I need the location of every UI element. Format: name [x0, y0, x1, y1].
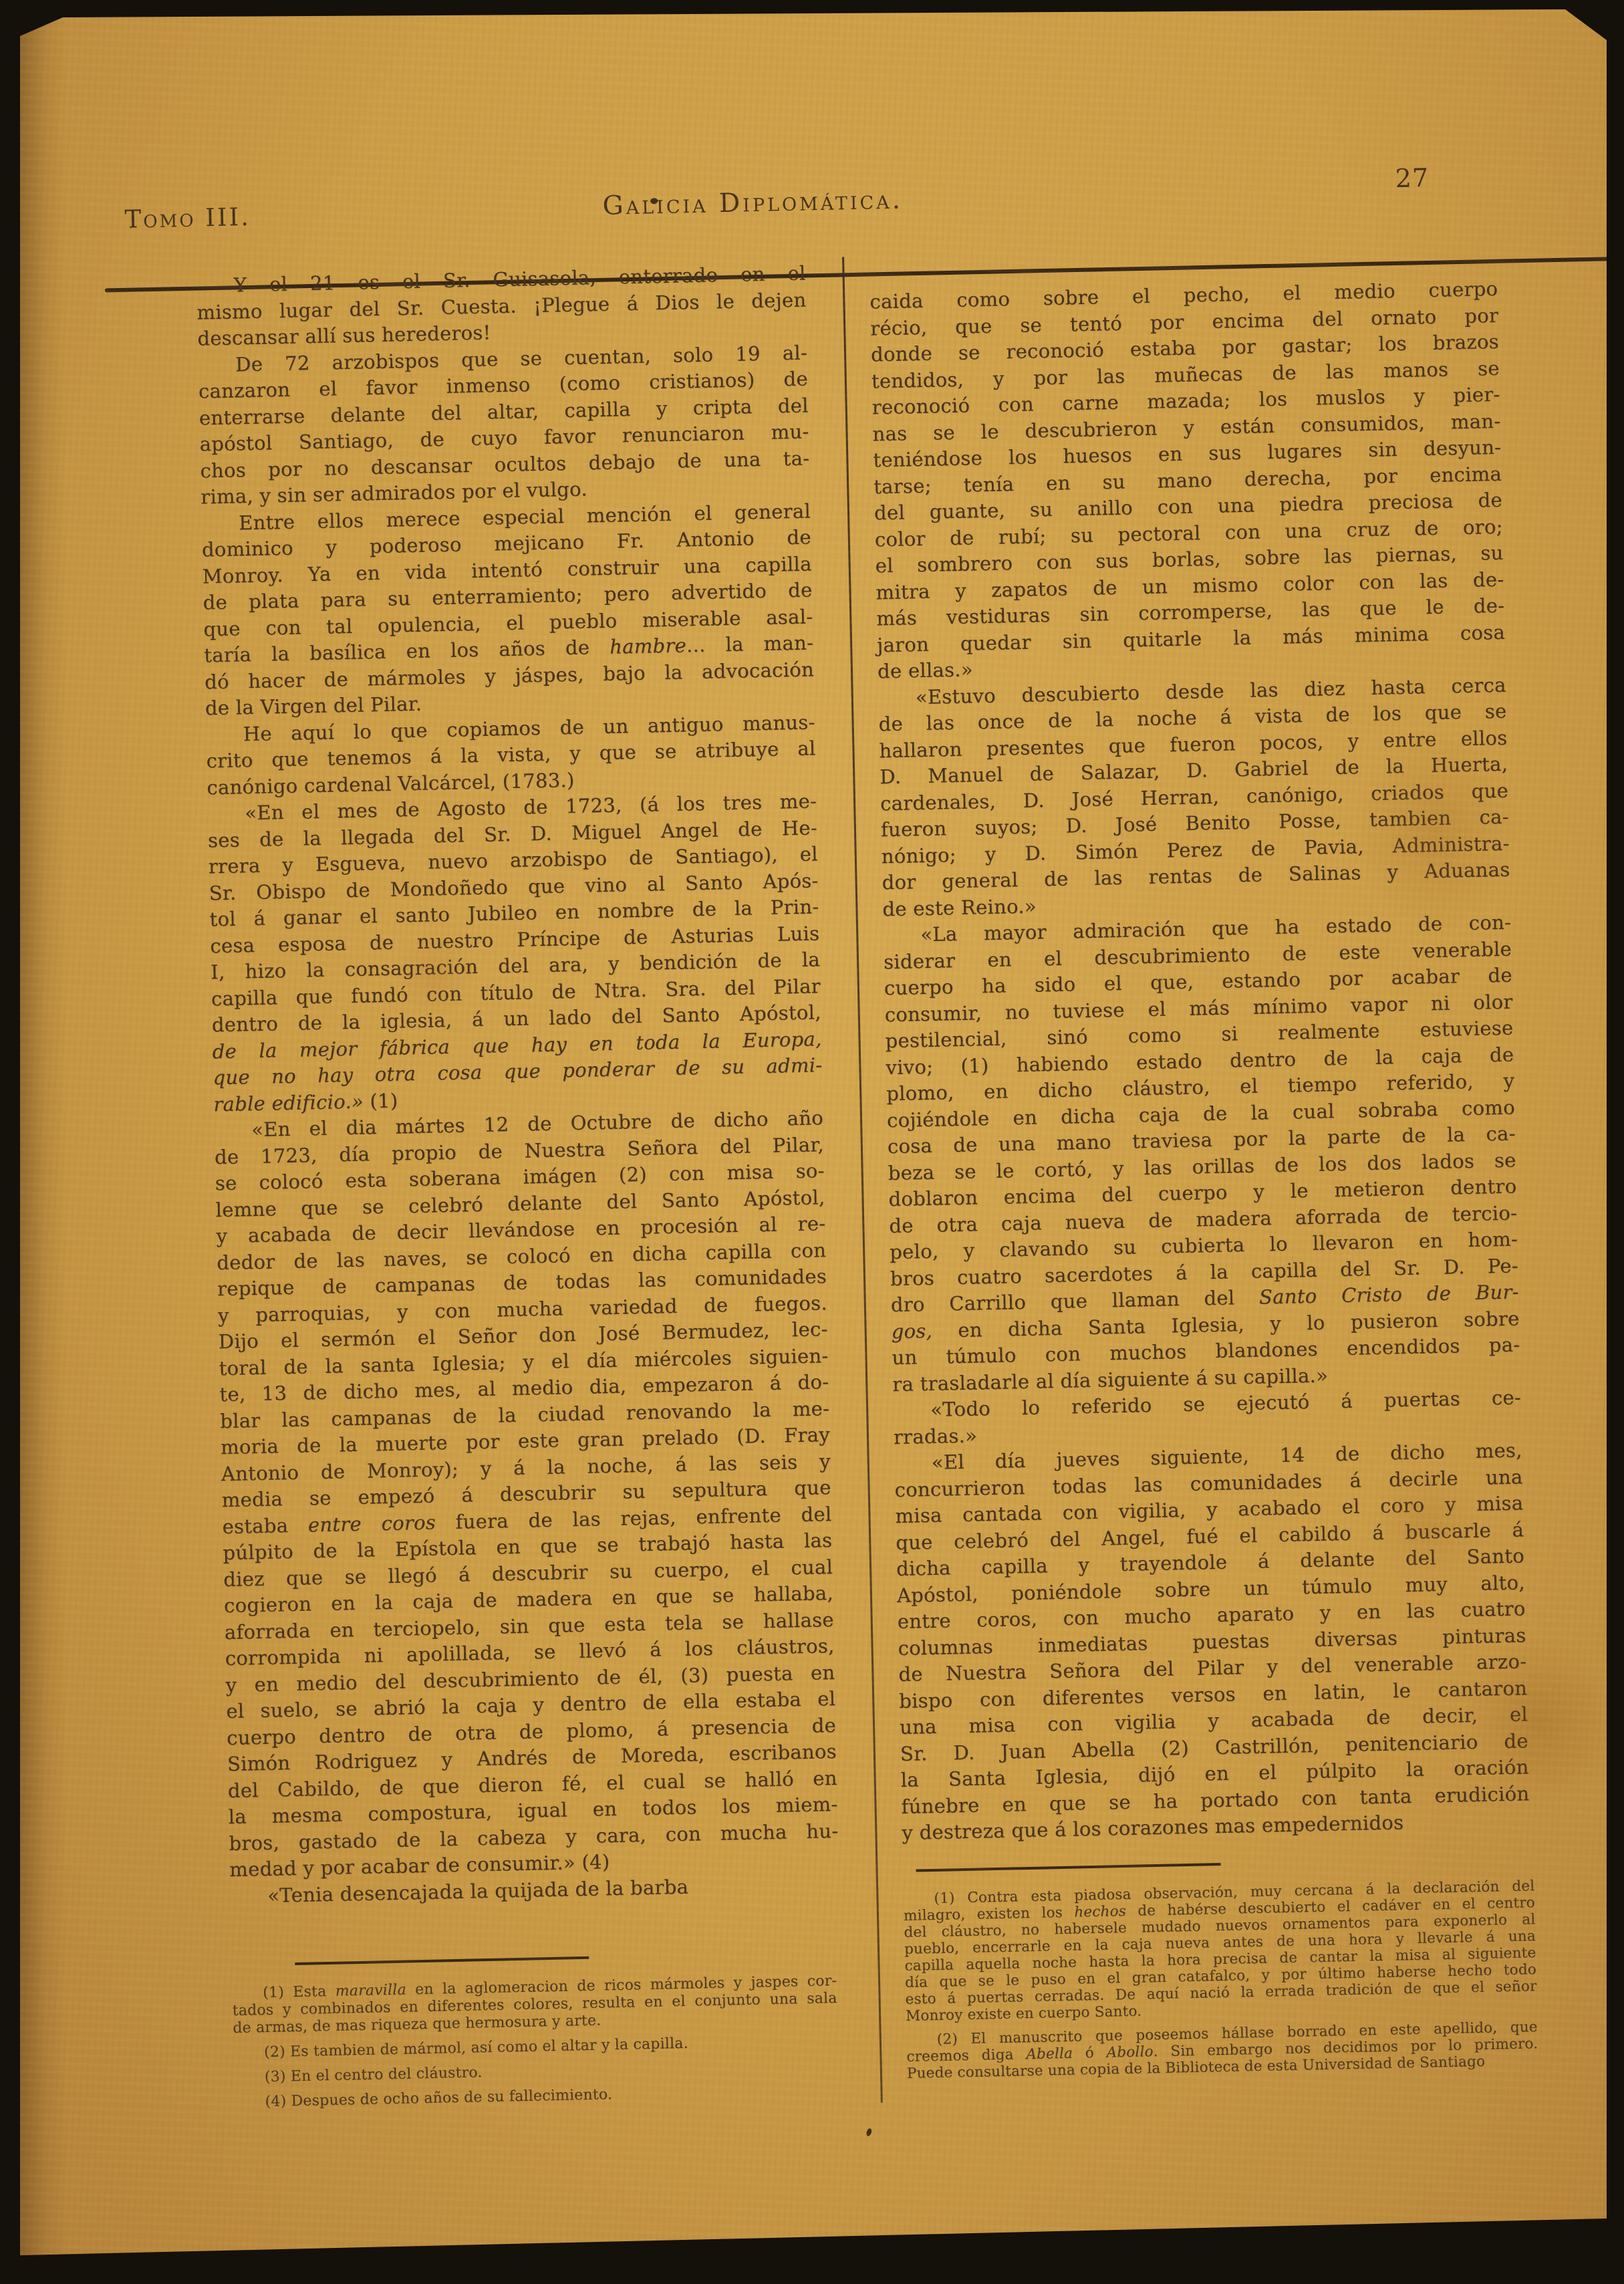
left-footnote-rule [295, 1956, 589, 1965]
paragraph: He aquí lo que copiamos de un antiguo ma… [205, 709, 816, 801]
paragraph: (2) Es tambien de mármol, así como el al… [233, 2032, 838, 2062]
page-number: 27 [1395, 163, 1429, 193]
paragraph: «La mayor admiración que ha estado de co… [883, 910, 1521, 1398]
paragraph: De 72 arzobispos que se cuentan, solo 19… [198, 340, 811, 511]
ink-speck [865, 2128, 872, 2137]
paragraph: (4) Despues de ocho años de su fallecimi… [234, 2081, 839, 2112]
paragraph: «Estuvo descubierto desde las diez hasta… [877, 672, 1510, 922]
scanned-page: Tomo III. Galicia Diplomática. 27 Y el 2… [20, 9, 1607, 2255]
right-footnote-rule [916, 1863, 1221, 1872]
left-text-column: Y el 21 es el Sr. Guisasola, enterrado e… [196, 260, 839, 1910]
paragraph: (1) Contra esta piadosa observación, muy… [903, 1878, 1537, 2025]
paragraph: Entre ellos merece especial mención el g… [201, 498, 815, 722]
paragraph: (3) En el centro del cláustro. [234, 2057, 839, 2087]
paragraph: caida como sobre el pecho, el medio cuer… [869, 276, 1506, 685]
right-text-column: caida como sobre el pecho, el medio cuer… [869, 276, 1530, 1847]
text-line: (2) Es tambien de mármol, así como el al… [233, 2032, 838, 2062]
text-line: (4) Despues de ocho años de su fallecimi… [234, 2081, 839, 2112]
page-content: Tomo III. Galicia Diplomática. 27 Y el 2… [20, 0, 1624, 2255]
paragraph: «El día jueves siguiente, 14 de dicho me… [894, 1437, 1530, 1846]
page-title: Galicia Diplomática. [452, 182, 1054, 225]
left-footnotes: (1) Esta maravilla en la aglomeracion de… [232, 1973, 839, 2112]
text-line: (3) En el centro del cláustro. [234, 2057, 839, 2087]
paragraph: (2) El manuscrito que poseemos hállase b… [906, 2019, 1538, 2082]
right-footnotes: (1) Contra esta piadosa observación, muy… [903, 1878, 1538, 2082]
paragraph: «En el mes de Agosto de 1723, (á los tre… [207, 788, 823, 1118]
paragraph: (1) Esta maravilla en la aglomeracion de… [232, 1973, 837, 2037]
paragraph: Y el 21 es el Sr. Guisasola, enterrado e… [196, 260, 807, 352]
paragraph: «En el dia mártes 12 de Octubre de dicho… [214, 1105, 839, 1883]
volume-label: Tomo III. [124, 203, 251, 234]
